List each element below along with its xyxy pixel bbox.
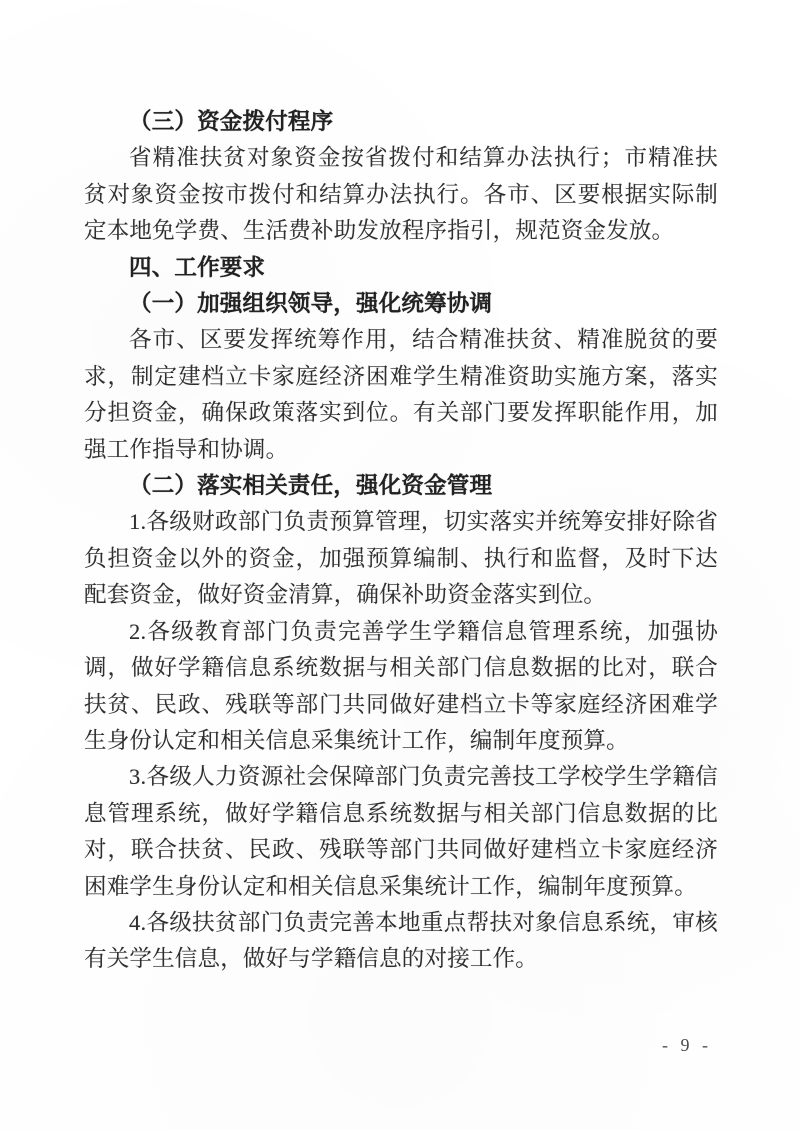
paragraph-item-1-finance-departments: 1.各级财政部门负责预算管理，切实落实并统筹安排好除省负担资金以外的资金，加强预… — [84, 504, 718, 613]
paragraph-item-2-education-departments: 2.各级教育部门负责完善学生学籍信息管理系统，加强协调，做好学籍信息系统数据与相… — [84, 614, 718, 760]
paragraph-coordination: 各市、区要发挥统筹作用，结合精准扶贫、精准脱贫的要求，制定建档立卡家庭经济困难学… — [84, 322, 718, 468]
heading-funds-allocation-procedure: （三）资金拨付程序 — [84, 104, 718, 140]
heading-strengthen-leadership: （一）加强组织领导，强化统筹协调 — [84, 286, 718, 322]
document-page: （三）资金拨付程序 省精准扶贫对象资金按省拨付和结算办法执行；市精准扶贫对象资金… — [0, 0, 800, 1130]
paragraph-item-3-hr-social-security-departments: 3.各级人力资源社会保障部门负责完善技工学校学生学籍信息管理系统，做好学籍信息系… — [84, 759, 718, 905]
heading-work-requirements: 四、工作要求 — [84, 250, 718, 286]
document-body: （三）资金拨付程序 省精准扶贫对象资金按省拨付和结算办法执行；市精准扶贫对象资金… — [84, 104, 718, 978]
paragraph-funds-allocation: 省精准扶贫对象资金按省拨付和结算办法执行；市精准扶贫对象资金按市拨付和结算办法执… — [84, 140, 718, 249]
page-number: - 9 - — [662, 1033, 712, 1057]
heading-implement-responsibilities: （二）落实相关责任，强化资金管理 — [84, 468, 718, 504]
paragraph-item-4-poverty-alleviation-departments: 4.各级扶贫部门负责完善本地重点帮扶对象信息系统，审核有关学生信息，做好与学籍信… — [84, 905, 718, 978]
